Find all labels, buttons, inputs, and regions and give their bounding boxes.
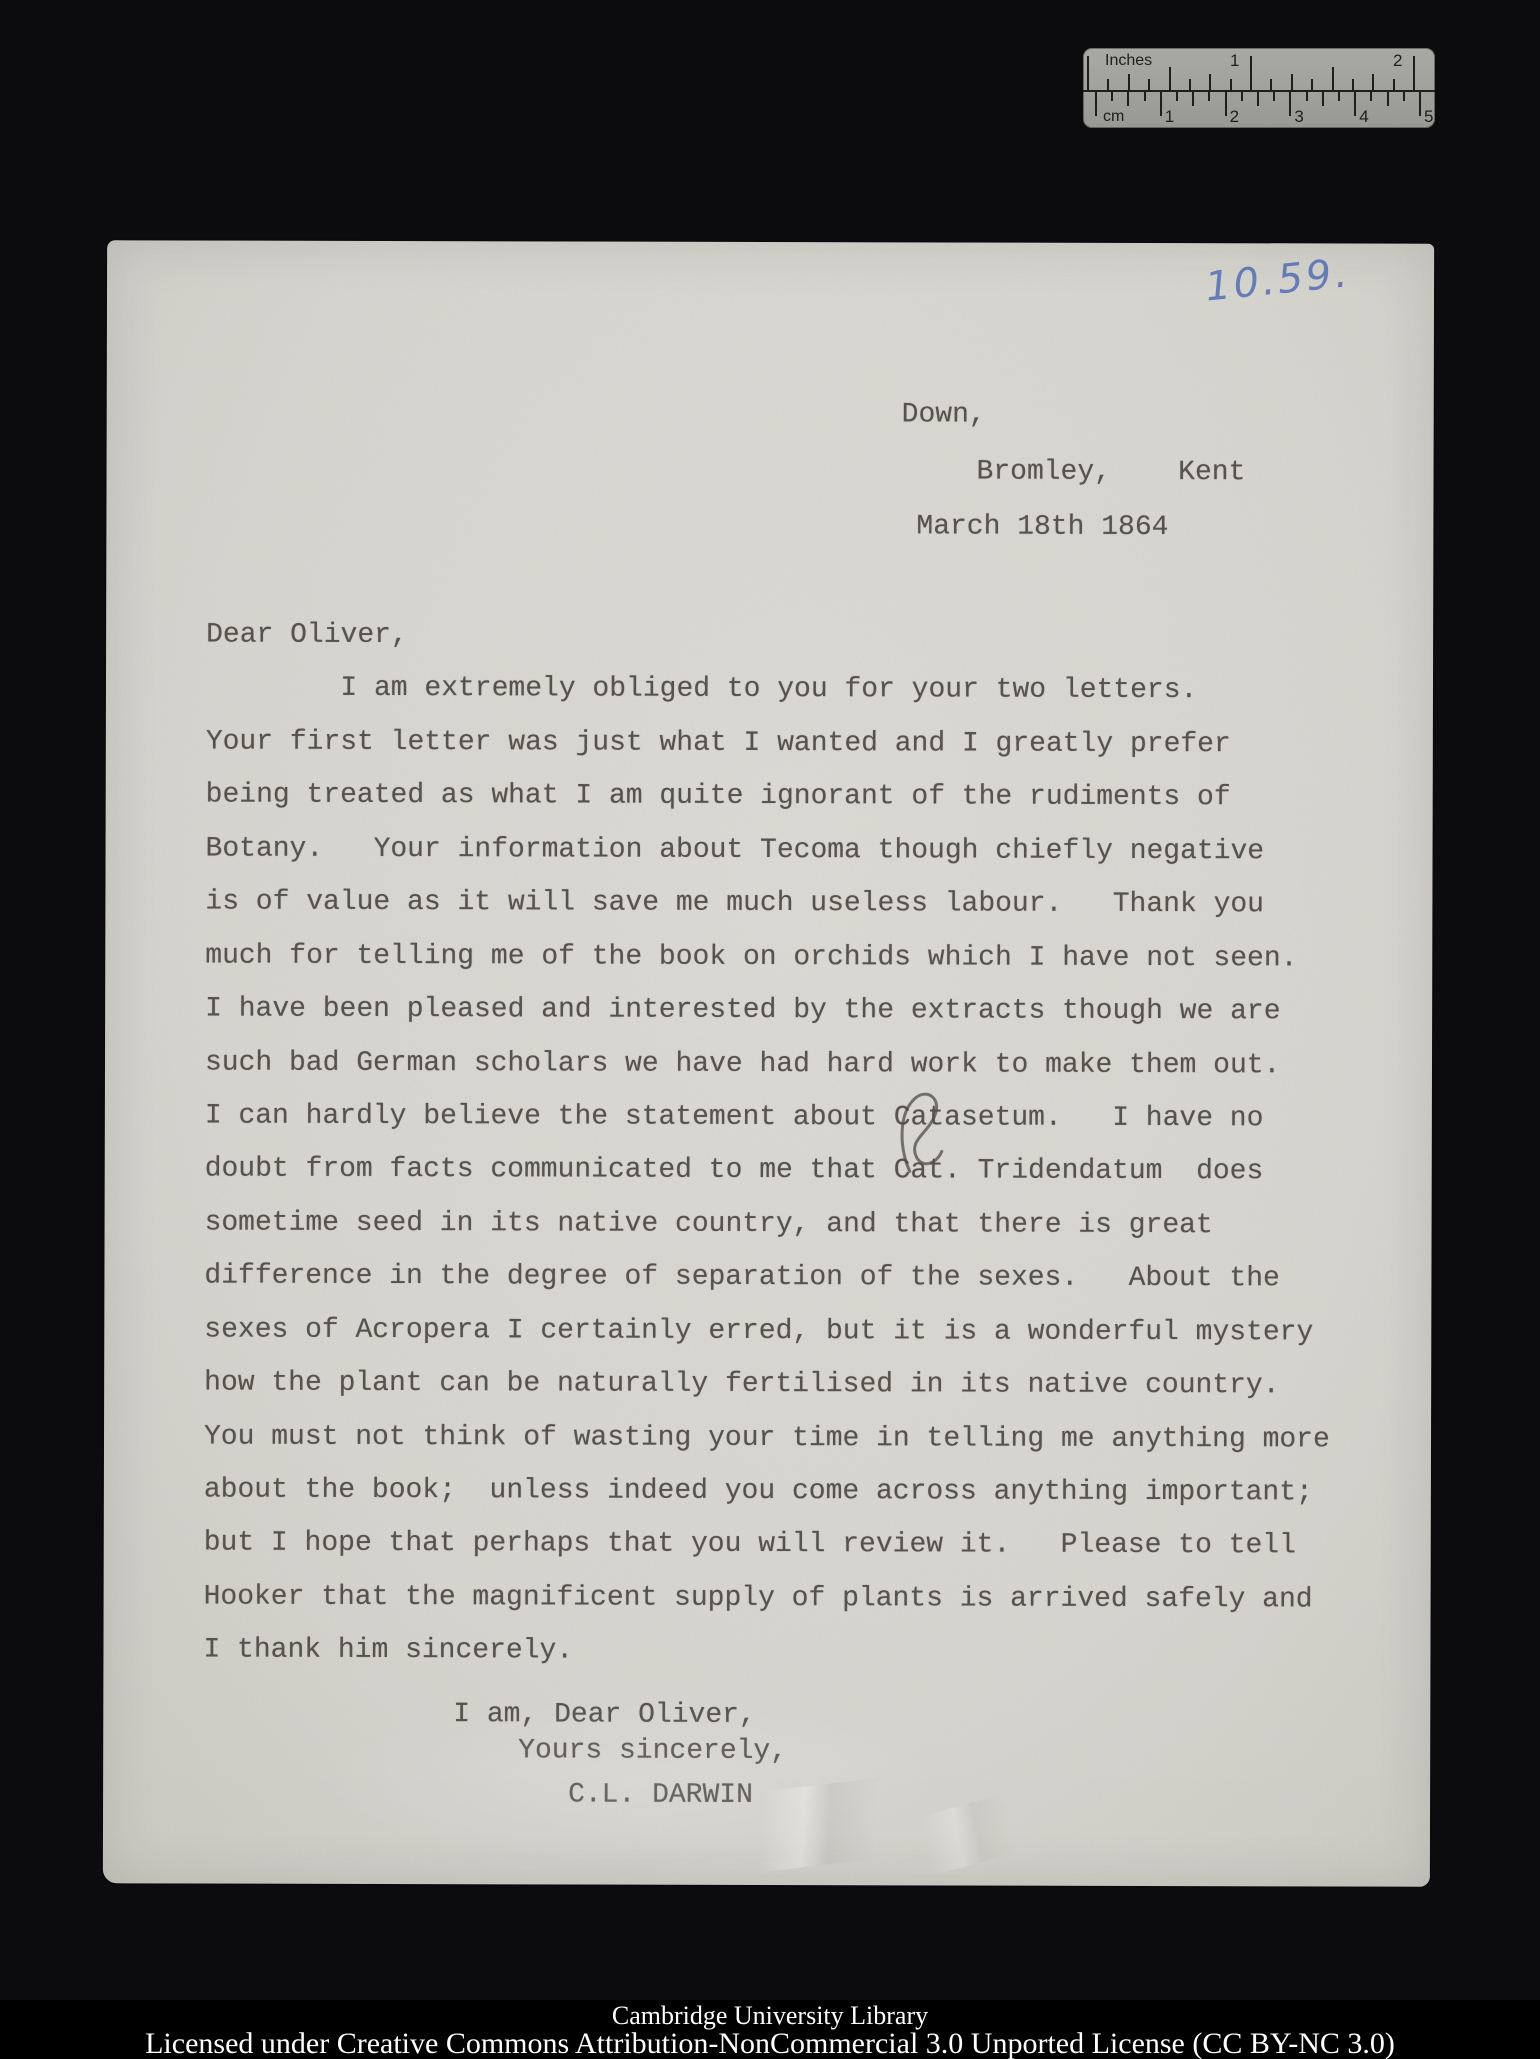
ruler-tick — [1176, 92, 1178, 101]
ruler-tick — [1372, 74, 1374, 90]
ruler-tick — [1257, 92, 1259, 106]
handwritten-annotation: 10.59. — [1203, 250, 1352, 311]
ruler-tick — [1370, 92, 1372, 101]
ruler-tick — [1270, 79, 1272, 90]
ruler-tick — [1289, 92, 1291, 116]
letter-line: but I hope that perhaps that you will re… — [204, 1517, 1330, 1573]
ruler-tick — [1230, 79, 1232, 90]
footer-license: Licensed under Creative Commons Attribut… — [145, 2029, 1395, 2059]
letter-heading-town: Bromley, Kent — [976, 446, 1245, 500]
letter-line: sexes of Acropera I certainly erred, but… — [204, 1303, 1330, 1359]
letter-line: such bad German scholars we have had har… — [205, 1036, 1331, 1092]
ruler-cm-number: 2 — [1230, 107, 1239, 127]
ruler-inch-number: 2 — [1393, 51, 1402, 71]
ruler-tick — [1087, 56, 1089, 90]
ruler-tick — [1107, 79, 1109, 90]
ruler-tick — [1338, 92, 1340, 101]
letter-paper: 10.59. Down, Bromley, Kent March 18th 18… — [103, 240, 1434, 1886]
ruler-cm-number: 4 — [1359, 107, 1368, 127]
letter-line: sometime seed in its native country, and… — [205, 1196, 1331, 1252]
attribution-footer: Cambridge University Library Licensed un… — [0, 2000, 1540, 2059]
letter-line: is of value as it will save me much usel… — [205, 876, 1331, 932]
ruler-cm-number: 3 — [1294, 107, 1303, 127]
ruler-inches-label: Inches — [1105, 52, 1152, 70]
letter-line: how the plant can be naturally fertilise… — [204, 1357, 1330, 1413]
ruler-inch-number: 1 — [1230, 51, 1239, 71]
ruler-tick — [1111, 92, 1113, 101]
letter-line: Your first letter was just what I wanted… — [206, 715, 1332, 771]
letter-line: Hooker that the magnificent supply of pl… — [204, 1570, 1330, 1626]
letter-line: I thank him sincerely. — [203, 1624, 1329, 1680]
ruler-tick — [1250, 56, 1252, 90]
ruler-tick — [1128, 74, 1130, 90]
ruler-tick — [1225, 92, 1227, 116]
letter-signature: C.L. DARWIN — [568, 1775, 753, 1815]
ruler-tick — [1291, 74, 1293, 90]
ruler: Inches 12 cm 12345 — [1083, 48, 1435, 128]
ruler-tick — [1144, 92, 1146, 101]
letter-line: I have been pleased and interested by th… — [205, 983, 1331, 1039]
scan-background: Inches 12 cm 12345 10.59. Down, Bromley,… — [0, 0, 1540, 2059]
ruler-tick — [1403, 92, 1405, 101]
ruler-tick — [1311, 79, 1313, 90]
ruler-tick — [1160, 92, 1162, 116]
letter-line: much for telling me of the book on orchi… — [205, 929, 1331, 985]
ruler-tick — [1127, 92, 1129, 106]
paper-crease — [791, 1764, 1125, 1912]
ruler-tick — [1322, 92, 1324, 106]
ruler-cm-number: 5 — [1424, 107, 1433, 127]
ruler-tick — [1332, 67, 1334, 90]
ruler-cm-label: cm — [1103, 108, 1124, 126]
ruler-tick — [1241, 92, 1243, 101]
ruler-tick — [1169, 67, 1171, 90]
letter-line: You must not think of wasting your time … — [204, 1410, 1330, 1466]
ruler-tick — [1208, 92, 1210, 101]
letter-line: difference in the degree of separation o… — [204, 1250, 1330, 1306]
ruler-tick — [1148, 79, 1150, 90]
letter-line: doubt from facts communicated to me that… — [205, 1143, 1331, 1199]
footer-institution: Cambridge University Library — [612, 2002, 928, 2029]
ruler-tick — [1393, 79, 1395, 90]
letter-line: Dear Oliver, — [206, 609, 1332, 665]
letter-line: about the book; unless indeed you come a… — [204, 1464, 1330, 1520]
letter-line: I can hardly believe the statement about… — [205, 1089, 1331, 1145]
ruler-tick — [1209, 74, 1211, 90]
letter-line: I am extremely obliged to you for your t… — [206, 662, 1332, 718]
ruler-inch-row: Inches 12 — [1083, 48, 1435, 90]
ruler-tick — [1192, 92, 1194, 106]
letter-line: being treated as what I am quite ignoran… — [206, 769, 1332, 825]
ruler-cm-row: cm 12345 — [1083, 92, 1435, 128]
ruler-tick — [1095, 92, 1097, 116]
ruler-tick — [1413, 56, 1415, 90]
ruler-tick — [1354, 92, 1356, 116]
letter-closing-salutation: I am, Dear Oliver, — [453, 1695, 756, 1736]
letter-heading-place: Down, — [902, 388, 986, 441]
ruler-tick — [1419, 92, 1421, 116]
ruler-tick — [1273, 92, 1275, 101]
ruler-tick — [1306, 92, 1308, 101]
letter-closing-valediction: Yours sincerely, — [518, 1731, 787, 1772]
letter-body: Dear Oliver, I am extremely obliged to y… — [203, 609, 1332, 1681]
ruler-tick — [1352, 79, 1354, 90]
ruler-tick — [1189, 79, 1191, 90]
letter-line: Botany. Your information about Tecoma th… — [205, 822, 1331, 878]
letter-heading-date: March 18th 1864 — [916, 500, 1168, 554]
ruler-cm-number: 1 — [1165, 107, 1174, 127]
ruler-tick — [1387, 92, 1389, 106]
